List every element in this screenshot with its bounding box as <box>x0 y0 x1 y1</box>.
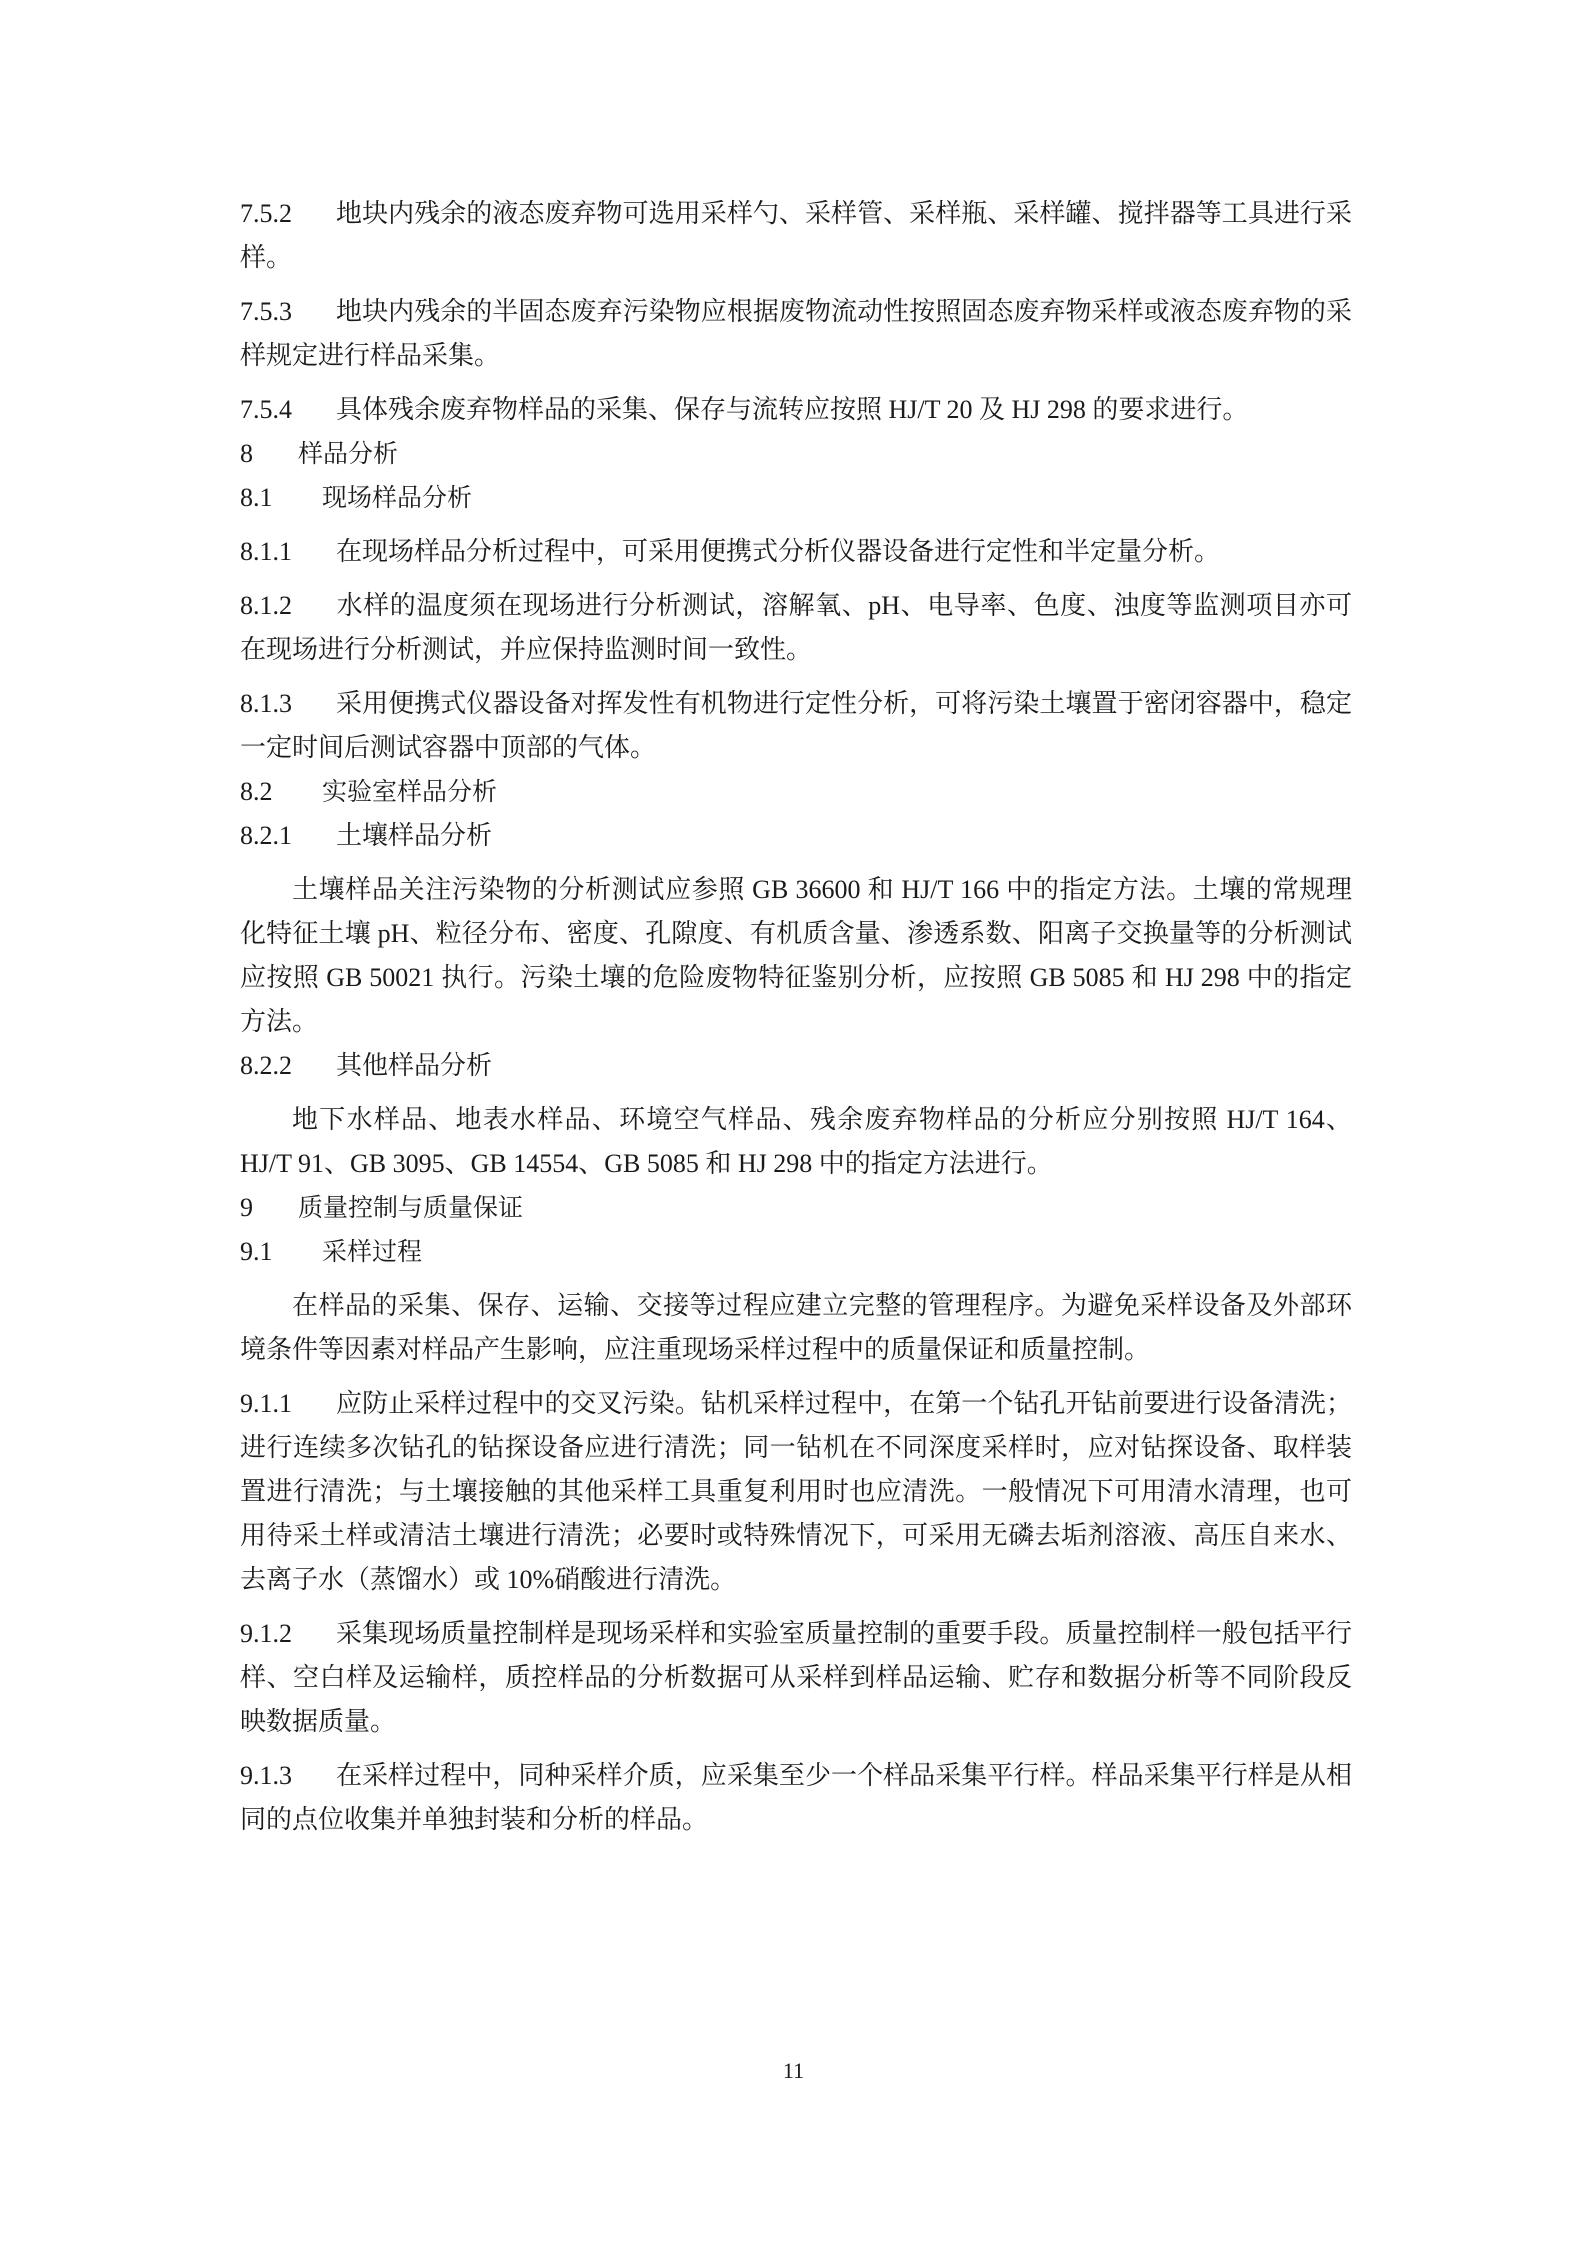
clause-7-5-4: 7.5.4具体残余废弃物样品的采集、保存与流转应按照 HJ/T 20 及 HJ … <box>240 388 1352 432</box>
clause-title: 土壤样品分析 <box>336 821 492 850</box>
subsection-heading-8-2: 8.2实验室样品分析 <box>240 770 1352 814</box>
clause-text: 采用便携式仪器设备对挥发性有机物进行定性分析，可将污染土壤置于密闭容器中，稳定一… <box>240 689 1352 762</box>
paragraph-sampling-process: 在样品的采集、保存、运输、交接等过程应建立完整的管理程序。为避免采样设备及外部环… <box>240 1284 1352 1372</box>
clause-8-1-3: 8.1.3采用便携式仪器设备对挥发性有机物进行定性分析，可将污染土壤置于密闭容器… <box>240 682 1352 770</box>
clause-7-5-3: 7.5.3地块内残余的半固态废弃污染物应根据废物流动性按照固态废弃物采样或液态废… <box>240 290 1352 378</box>
page-number: 11 <box>0 2058 1587 2084</box>
paragraph-other-samples: 地下水样品、地表水样品、环境空气样品、残余废弃物样品的分析应分别按照 HJ/T … <box>240 1098 1352 1186</box>
clause-9-1-3: 9.1.3在采样过程中，同种采样介质，应采集至少一个样品采集平行样。样品采集平行… <box>240 1754 1352 1842</box>
clause-number: 8.2.1 <box>240 814 336 858</box>
clause-9-1-2: 9.1.2采集现场质量控制样是现场采样和实验室质量控制的重要手段。质量控制样一般… <box>240 1612 1352 1744</box>
section-title: 质量控制与质量保证 <box>298 1193 523 1222</box>
subsection-title: 采样过程 <box>322 1237 422 1266</box>
section-heading-8: 8样品分析 <box>240 432 1352 476</box>
subsection-title: 现场样品分析 <box>322 483 472 512</box>
clause-8-1-2: 8.1.2水样的温度须在现场进行分析测试，溶解氧、pH、电导率、色度、浊度等监测… <box>240 584 1352 672</box>
subsection-heading-8-1: 8.1现场样品分析 <box>240 476 1352 520</box>
clause-number: 8.2.2 <box>240 1044 336 1088</box>
clause-number: 7.5.2 <box>240 192 336 236</box>
clause-heading-8-2-1: 8.2.1土壤样品分析 <box>240 814 1352 858</box>
clause-text: 在现场样品分析过程中，可采用便携式分析仪器设备进行定性和半定量分析。 <box>336 537 1220 566</box>
subsection-number: 8.2 <box>240 770 322 814</box>
clause-heading-8-2-2: 8.2.2其他样品分析 <box>240 1044 1352 1088</box>
clause-text: 地块内残余的液态废弃物可选用采样勺、采样管、采样瓶、采样罐、搅拌器等工具进行采样… <box>240 199 1352 272</box>
clause-number: 9.1.2 <box>240 1612 336 1656</box>
clause-text: 应防止采样过程中的交叉污染。钻机采样过程中，在第一个钻孔开钻前要进行设备清洗；进… <box>240 1389 1352 1594</box>
subsection-heading-9-1: 9.1采样过程 <box>240 1230 1352 1274</box>
subsection-title: 实验室样品分析 <box>322 777 497 806</box>
subsection-number: 8.1 <box>240 476 322 520</box>
document-page: 7.5.2地块内残余的液态废弃物可选用采样勺、采样管、采样瓶、采样罐、搅拌器等工… <box>240 192 1352 1842</box>
clause-number: 7.5.3 <box>240 290 336 334</box>
section-number: 9 <box>240 1186 298 1230</box>
clause-text: 地块内残余的半固态废弃污染物应根据废物流动性按照固态废弃物采样或液态废弃物的采样… <box>240 297 1352 370</box>
clause-7-5-2: 7.5.2地块内残余的液态废弃物可选用采样勺、采样管、采样瓶、采样罐、搅拌器等工… <box>240 192 1352 280</box>
clause-number: 8.1.2 <box>240 584 336 628</box>
clause-9-1-1: 9.1.1应防止采样过程中的交叉污染。钻机采样过程中，在第一个钻孔开钻前要进行设… <box>240 1382 1352 1602</box>
clause-number: 9.1.3 <box>240 1754 336 1798</box>
section-heading-9: 9质量控制与质量保证 <box>240 1186 1352 1230</box>
section-number: 8 <box>240 432 298 476</box>
clause-title: 其他样品分析 <box>336 1051 492 1080</box>
clause-number: 9.1.1 <box>240 1382 336 1426</box>
clause-text: 采集现场质量控制样是现场采样和实验室质量控制的重要手段。质量控制样一般包括平行样… <box>240 1619 1352 1736</box>
clause-number: 8.1.1 <box>240 530 336 574</box>
subsection-number: 9.1 <box>240 1230 322 1274</box>
paragraph-soil-analysis: 土壤样品关注污染物的分析测试应参照 GB 36600 和 HJ/T 166 中的… <box>240 868 1352 1044</box>
clause-text: 水样的温度须在现场进行分析测试，溶解氧、pH、电导率、色度、浊度等监测项目亦可在… <box>240 591 1352 664</box>
clause-text: 具体残余废弃物样品的采集、保存与流转应按照 HJ/T 20 及 HJ 298 的… <box>336 395 1248 424</box>
section-title: 样品分析 <box>298 439 398 468</box>
clause-text: 在采样过程中，同种采样介质，应采集至少一个样品采集平行样。样品采集平行样是从相同… <box>240 1761 1352 1834</box>
clause-8-1-1: 8.1.1在现场样品分析过程中，可采用便携式分析仪器设备进行定性和半定量分析。 <box>240 530 1352 574</box>
clause-number: 8.1.3 <box>240 682 336 726</box>
clause-number: 7.5.4 <box>240 388 336 432</box>
